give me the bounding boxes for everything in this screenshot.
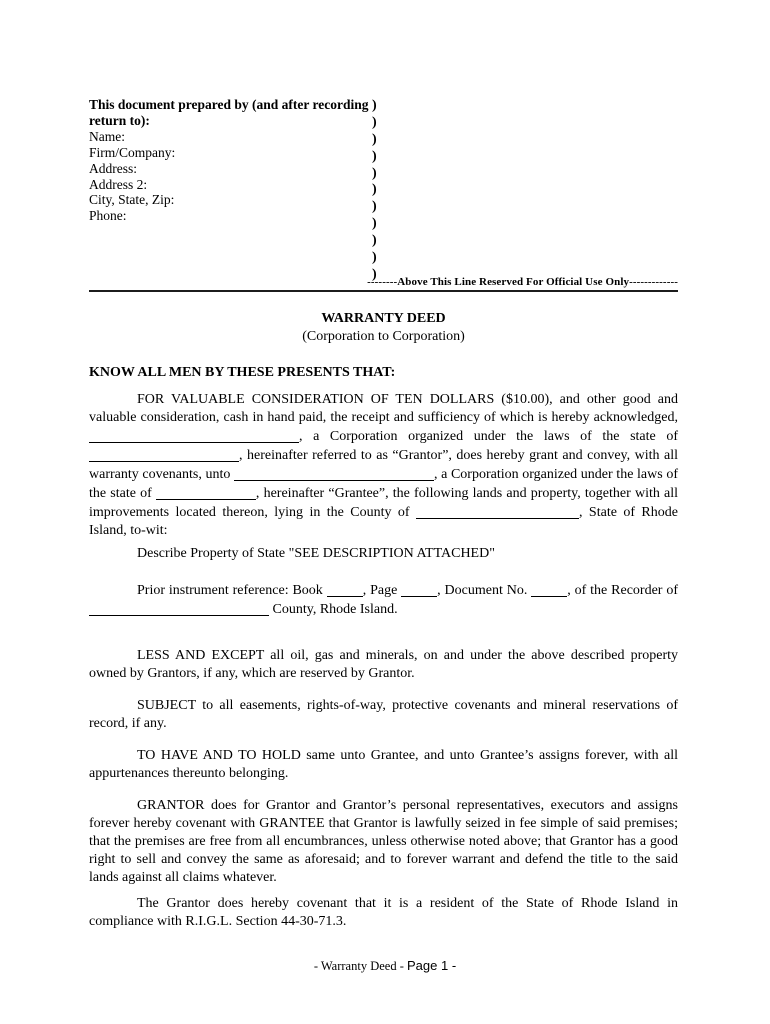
paragraph-residency-covenant: The Grantor does hereby covenant that it… bbox=[89, 895, 678, 931]
reserved-for-official-use-notice: --------Above This Line Reserved For Off… bbox=[89, 276, 678, 288]
paragraph-describe-property: Describe Property of State "SEE DESCRIPT… bbox=[89, 545, 678, 563]
blank-fill-in-line[interactable] bbox=[89, 430, 299, 443]
paragraph-to-have-and-to-hold: TO HAVE AND TO HOLD same unto Grantee, a… bbox=[89, 747, 678, 783]
document-subtitle: (Corporation to Corporation) bbox=[89, 328, 678, 346]
blank-fill-in-line[interactable] bbox=[401, 584, 437, 597]
paragraph-grantor-covenant: GRANTOR does for Grantor and Grantor’s p… bbox=[89, 797, 678, 887]
recording-stamp-brackets: ))))))))))) bbox=[372, 97, 377, 284]
prepared-field-label: Phone: bbox=[89, 208, 372, 224]
prepared-field-label: Address: bbox=[89, 161, 372, 177]
paragraph-prior-instrument: Prior instrument reference: Book , Page … bbox=[89, 581, 678, 619]
paragraph-subject-to: SUBJECT to all easements, rights-of-way,… bbox=[89, 697, 678, 733]
prepared-by-title-line1: This document prepared by (and after rec… bbox=[89, 97, 372, 113]
prepared-by-title-line2: return to): bbox=[89, 113, 372, 129]
close-paren-glyph: ) bbox=[372, 149, 377, 166]
close-paren-glyph: ) bbox=[372, 132, 377, 149]
presents-heading: KNOW ALL MEN BY THESE PRESENTS THAT: bbox=[89, 364, 678, 382]
close-paren-glyph: ) bbox=[372, 166, 377, 183]
warranty-deed-page: This document prepared by (and after rec… bbox=[0, 0, 770, 1024]
prepared-field-label: Name: bbox=[89, 129, 372, 145]
recording-header-row: This document prepared by (and after rec… bbox=[89, 97, 678, 284]
close-paren-glyph: ) bbox=[372, 98, 377, 115]
prepared-field-label: Address 2: bbox=[89, 177, 372, 193]
blank-fill-in-line[interactable] bbox=[416, 506, 579, 519]
close-paren-glyph: ) bbox=[372, 233, 377, 250]
prepared-field-label: City, State, Zip: bbox=[89, 192, 372, 208]
prepared-by-fields: Name:Firm/Company:Address:Address 2:City… bbox=[89, 129, 372, 224]
blank-fill-in-line[interactable] bbox=[156, 487, 256, 500]
close-paren-glyph: ) bbox=[372, 115, 377, 132]
blank-fill-in-line[interactable] bbox=[234, 468, 434, 481]
paragraph-consideration: FOR VALUABLE CONSIDERATION OF TEN DOLLAR… bbox=[89, 391, 678, 540]
blank-fill-in-line[interactable] bbox=[89, 449, 239, 462]
footer-page-number: Page 1 - bbox=[407, 958, 456, 973]
close-paren-glyph: ) bbox=[372, 182, 377, 199]
close-paren-glyph: ) bbox=[372, 199, 377, 216]
close-paren-glyph: ) bbox=[372, 250, 377, 267]
close-paren-glyph: ) bbox=[372, 216, 377, 233]
blank-fill-in-line[interactable] bbox=[89, 603, 269, 616]
header-divider-rule bbox=[89, 290, 678, 292]
blank-fill-in-line[interactable] bbox=[327, 584, 363, 597]
page-footer: - Warranty Deed - Page 1 - bbox=[0, 958, 770, 974]
blank-fill-in-line[interactable] bbox=[531, 584, 567, 597]
document-title: WARRANTY DEED bbox=[89, 310, 678, 328]
paragraph-less-and-except: LESS AND EXCEPT all oil, gas and mineral… bbox=[89, 647, 678, 683]
prepared-by-box: This document prepared by (and after rec… bbox=[89, 97, 372, 224]
footer-document-name: - Warranty Deed - bbox=[314, 959, 407, 973]
prepared-field-label: Firm/Company: bbox=[89, 145, 372, 161]
